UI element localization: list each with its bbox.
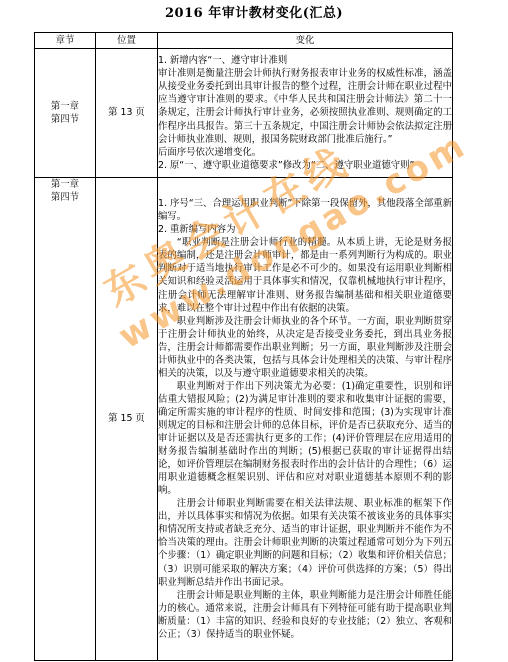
chapter-label: 第一章: [35, 100, 95, 113]
change-paragraph: 1. 新增内容“一、遵守审计准则: [158, 54, 452, 67]
table-header-row: 章节 位置 变化: [35, 33, 453, 49]
header-chapter: 章节: [35, 33, 96, 49]
change-paragraph: 1. 序号“三、合理运用职业判断”下除第一段保留外，其他段落全部重新编写。: [158, 197, 452, 223]
change-paragraph: “职业判断是注册会计师行业的精髓。从本质上讲，无论是财务报表的编制，还是注册会计…: [158, 236, 452, 314]
header-change: 变化: [158, 33, 453, 49]
change-paragraph: 后面序号依次递增变化。: [158, 146, 452, 159]
document-title: 2016 年审计教材变化(汇总): [0, 2, 508, 21]
page-cell: 第 15 页: [96, 178, 158, 661]
change-cell: 1. 序号“三、合理运用职业判断”下除第一段保留外，其他段落全部重新编写。 2.…: [158, 178, 453, 661]
change-paragraph: 职业判断对于作出下列决策尤为必要：(1)确定重要性，识别和评估重大错报风险；(2…: [158, 380, 452, 497]
chapter-cell: 第一章 第四节: [35, 178, 96, 661]
chapter-cell: 第一章 第四节: [35, 49, 96, 178]
change-paragraph: 审计准则是衡量注册会计师执行财务报表审计业务的权威性标准，涵盖从接受业务委托到出…: [158, 67, 452, 145]
change-cell: 1. 新增内容“一、遵守审计准则 审计准则是衡量注册会计师执行财务报表审计业务的…: [158, 49, 453, 178]
changes-table: 章节 位置 变化 第一章 第四节 第 13 页 1. 新增内容“一、遵守审计准则…: [34, 32, 453, 661]
section-label: 第四节: [35, 113, 95, 126]
table-row: 第一章 第四节 第 15 页 1. 序号“三、合理运用职业判断”下除第一段保留外…: [35, 178, 453, 661]
change-paragraph: 注册会计师职业判断需要在相关法律法规、职业标准的框架下作出，并以具体事实和情况为…: [158, 497, 452, 588]
table-row: 第一章 第四节 第 13 页 1. 新增内容“一、遵守审计准则 审计准则是衡量注…: [35, 49, 453, 178]
change-paragraph: 注册会计师是职业判断的主体，职业判断能力是注册会计师胜任能力的核心。通常来说，注…: [158, 589, 452, 641]
change-paragraph: 职业判断涉及注册会计师执业的各个环节。一方面，职业判断贯穿于注册会计师执业的始终…: [158, 315, 452, 380]
change-paragraph: 2. 原“一、遵守职业道德要求”修改为“二、遵守职业道德守则”: [158, 159, 452, 172]
header-position: 位置: [96, 33, 158, 49]
change-paragraph: 2. 重新编写内容为: [158, 223, 452, 236]
page-cell: 第 13 页: [96, 49, 158, 178]
chapter-label: 第一章: [35, 178, 95, 191]
section-label: 第四节: [35, 191, 95, 204]
